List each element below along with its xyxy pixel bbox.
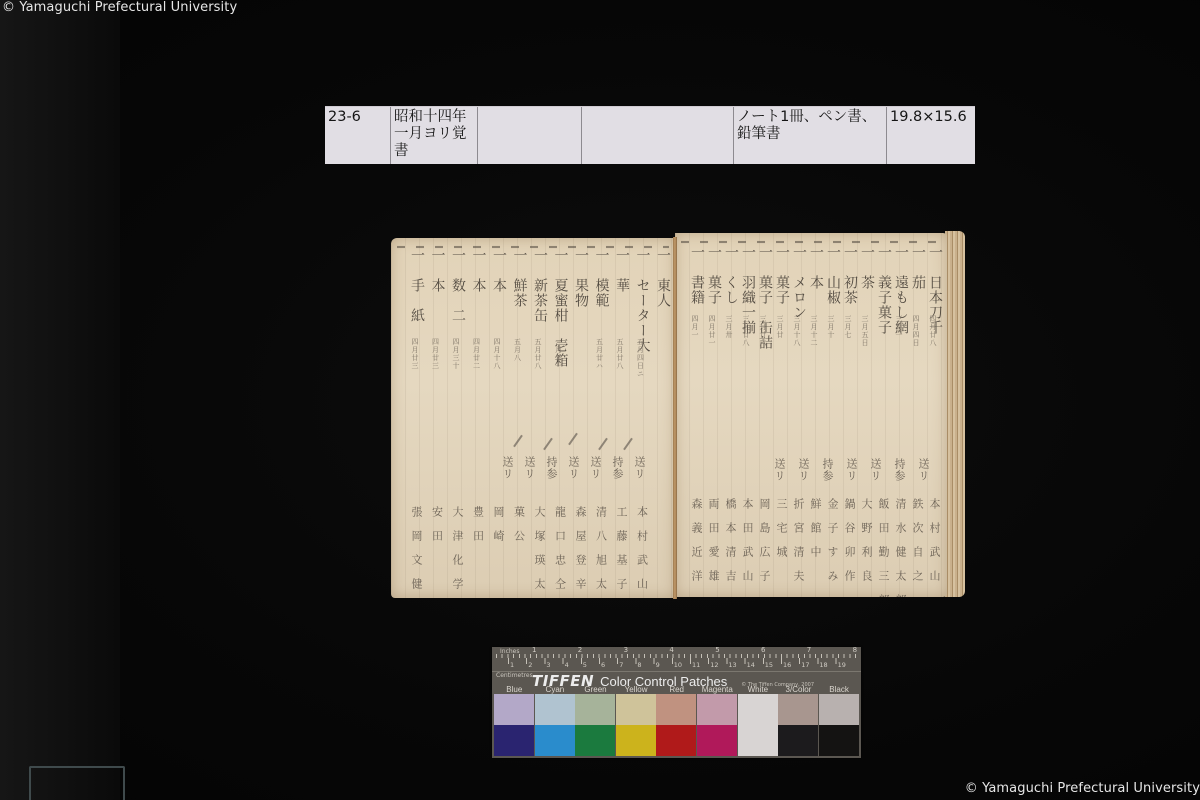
entry-recipient: 龍 口 忠 仝 [552,506,568,590]
ruler-cm-number: 10 [674,661,682,669]
tiffen-color-chart: Inches 12345678 123456789101112131415161… [492,647,861,758]
patch-3-color-light [778,694,818,725]
check-mark [513,435,523,448]
open-notebook: 一 東人一 セーター大五月四日ニ本 村 武 山一 華五月廿八工 藤 基 子一 模… [389,229,967,602]
entry-item-heading: 一 数 二 [448,248,468,323]
patch-red-light [656,694,696,725]
entry-item-heading: 一 東人 [653,248,673,308]
entry-date: 三月十二 [809,315,819,347]
entry-recipient: 豊 田 [470,506,486,542]
patch-label-white: White [738,685,779,694]
ruler-cm-number: 16 [783,661,791,669]
ruler-inch-number: 7 [807,646,811,654]
entry-item-heading: 一 書籍 [687,245,707,305]
entry-status-mark: 持参 [891,458,907,482]
entry-recipient: 森 屋 登 辛 治 [572,506,588,598]
entry-date: 四月廿二 [472,338,482,370]
entry-status-mark: 持参 [609,456,625,480]
check-mark [598,438,608,451]
patch-3-color-dark [778,725,818,756]
entry-date: 五月四日ニ [636,338,646,378]
entry-item-heading: 一 新茶缶 [530,248,550,323]
patch-label-green: Green [575,685,616,694]
entry-date: 三月廿 [775,315,785,339]
ruler-cm-number: 1 [510,661,514,669]
entry-recipient: 菓 公 [511,506,527,542]
patch-label-red: Red [656,685,697,694]
entry-recipient: 本 村 武 山 [926,498,942,582]
entry-item-heading: 一 茶 [857,245,877,290]
catalog-size: 19.8×15.6 [887,107,975,164]
entry-item-heading: 一 菓子 [772,245,792,305]
patch-blue-dark [494,725,534,756]
entry-status-mark: 送リ [867,458,883,482]
entry-status-mark: 送リ [521,456,537,480]
entry-item-heading: 一 茄 [908,245,928,290]
entry-status-mark: 送リ [915,458,931,482]
entry-recipient: 金 子 す み [824,498,840,582]
entry-date: 三月廿八 [741,315,751,347]
entry-date: 三月五日 [860,315,870,347]
ruler-inch-number: 4 [669,646,673,654]
entry-recipient: 橋 本 清 吉 [722,498,738,582]
ruler-cm-number: 7 [619,661,623,669]
notebook-left-page: 一 東人一 セーター大五月四日ニ本 村 武 山一 華五月廿八工 藤 基 子一 模… [391,238,675,598]
patch-green-dark [575,725,615,756]
patch-label-magenta: Magenta [697,685,738,694]
entry-date: 五月廿ハ [595,338,605,370]
entry-date: 四月廿三 [410,338,420,370]
entry-date: 三月七 [843,315,853,339]
entry-date: 四月四日 [911,315,921,347]
patch-label-3-color: 3/Color [778,685,819,694]
ruler-inch-number: 6 [761,646,765,654]
ruler-cm-number: 17 [801,661,809,669]
entry-item-heading: 一 山椒 [823,245,843,305]
entry-date: 三月十 [826,315,836,339]
patch-red-dark [656,725,696,756]
patch-cyan-dark [535,725,575,756]
entry-date: 五月八 [513,338,523,362]
patch-yellow-dark [616,725,656,756]
entry-item-heading: 一 義子菓子 [874,245,894,335]
ruler-inch-number: 5 [715,646,719,654]
entry-status-mark: 持参 [543,456,559,480]
ruler-cm-number: 3 [546,661,550,669]
entry-date: 四月廿一 [707,315,717,347]
entry-item-heading: 一 本 [469,248,489,293]
copyright-watermark-top: © Yamaguchi Prefectural University [2,0,237,15]
patch-black-dark [819,725,859,756]
catalog-empty-cell-2 [582,107,734,164]
entry-status-mark: 送リ [587,456,603,480]
copyright-watermark-bottom: © Yamaguchi Prefectural University [965,781,1200,796]
entry-date: 三月廿六 [758,315,768,347]
patch-grid [494,694,860,756]
entry-date: 三月一 [894,315,904,339]
entry-date: 四月一 [690,315,700,339]
entry-date: 五月廿八 [615,338,625,370]
check-mark [623,438,633,451]
patch-yellow-light [616,694,656,725]
entry-recipient: 大 塚 瑛 太 郎 [531,506,547,598]
notebook-right-page: 一 日本刀千四月廿八本 村 武 山一 茄四月四日鉄 次 自 之一 遠もし網三月一… [675,233,947,597]
entry-recipient: 本 田 武 山 [739,498,755,582]
ruler-cm-number: 9 [656,661,660,669]
entry-item-heading: 一 模範 [592,248,612,308]
entry-item-heading: 一 菓子 [704,245,724,305]
entry-recipient: 鉄 次 自 之 [909,498,925,582]
catalog-title: 昭和十四年一月ヨリ覚書 [391,107,478,164]
entry-item-heading: 一 本 [489,248,509,293]
ruler-cm-number: 11 [692,661,700,669]
entry-recipient: 張 岡 文 健 [408,506,424,590]
patch-label-blue: Blue [494,685,535,694]
entry-recipient: 安 田 [429,506,445,542]
entry-recipient: 本 村 武 山 [634,506,650,590]
catalog-empty-cell-1 [478,107,582,164]
patch-label-yellow: Yellow [616,685,657,694]
entry-date: 三月卅 [724,315,734,339]
entry-date: 四月廿三 [431,338,441,370]
catalog-id: 23-6 [325,107,391,164]
entry-recipient: 飯 田 勤 三 郎 [875,498,891,597]
ruler-cm-number: 12 [710,661,718,669]
entry-date: 一月廿一 [554,338,564,370]
entry-date: 五月廿八 [533,338,543,370]
entry-date: 四月十八 [492,338,502,370]
patch-label-cyan: Cyan [535,685,576,694]
backdrop-left-panel [0,0,120,800]
patch-labels: BlueCyanGreenYellowRedMagentaWhite3/Colo… [494,685,860,694]
check-mark [543,438,553,451]
ruler-inch-number: 8 [853,646,857,654]
patch-black-light [819,694,859,725]
entry-date: 四月三十 [451,338,461,370]
ruler-cm-number: 13 [728,661,736,669]
patch-blue-light [494,694,534,725]
entry-item-heading: 一 メロン [789,245,809,320]
ruler-cm-number: 6 [601,661,605,669]
patch-cyan-light [535,694,575,725]
ruler-cm-number: 14 [747,661,755,669]
entry-recipient: 折 宮 清 夫 [790,498,806,582]
ruler-inch-number: 2 [578,646,582,654]
entry-status-mark: 送リ [631,456,647,480]
entry-status-mark: 送リ [795,458,811,482]
entry-recipient: 両 田 愛 雄 [705,498,721,582]
entry-item-heading: 一 本 [428,248,448,293]
entry-item-heading: 一 果物 [571,248,591,308]
entry-status-mark: 送リ [843,458,859,482]
entry-recipient: 三 宅 城 [773,498,789,558]
entry-recipient: 大 津 化 学 研 究 所 [449,506,465,598]
catalog-label: 23-6 昭和十四年一月ヨリ覚書 ノート1冊、ペン書、鉛筆書 19.8×15.6 [325,106,975,164]
entry-recipient: 鍋 谷 卯 作 [841,498,857,582]
notebook-spine [673,237,677,599]
notebook-page-edges [945,231,965,597]
entry-recipient: 清 八 旭 太 郎 [593,506,609,598]
entry-recipient: 岡 島 広 子 [756,498,772,582]
glass-frame-edge [29,766,125,800]
entry-date: 三月十八 [792,315,802,347]
entry-recipient: 工 藤 基 子 [613,506,629,590]
entry-item-heading: 一 くし [721,245,741,305]
entry-item-heading: 一 華 [612,248,632,293]
patch-white [738,694,778,756]
entry-item-heading: 一 鮮茶 [510,248,530,308]
entry-recipient: 森 義 近 洋 [688,498,704,582]
ruler-cm-number: 4 [565,661,569,669]
entry-recipient: 清 水 健 太 郎 [892,498,908,597]
entry-item-heading: 一 手 紙 [407,248,427,323]
ruler: Inches 12345678 123456789101112131415161… [492,647,861,672]
entry-date: 四月廿八 [928,315,938,347]
entry-status-mark: 送リ [499,456,515,480]
entry-status-mark: 持参 [819,458,835,482]
ruler-cm-number: 15 [765,661,773,669]
entry-recipient: 岡 崎 [490,506,506,542]
ruler-cm-number: 8 [637,661,641,669]
ruler-cm-number: 18 [819,661,827,669]
patch-label-black: Black [819,685,860,694]
catalog-description: ノート1冊、ペン書、鉛筆書 [734,107,887,164]
entry-status-mark: 送リ [771,458,787,482]
patch-green-light [575,694,615,725]
patch-magenta-light [697,694,737,725]
check-mark [568,433,578,446]
ruler-cm-label: Centimetres [496,672,533,679]
entry-item-heading: 一 本 [806,245,826,290]
entry-recipient: 鮮 館 中 [807,498,823,558]
entry-dash-row [681,241,941,243]
ruler-inch-number: 3 [624,646,628,654]
patch-magenta-dark [697,725,737,756]
entry-item-heading: 一 初茶 [840,245,860,305]
ruler-inch-number: 1 [532,646,536,654]
ruler-cm-number: 5 [583,661,587,669]
entry-recipient: 大 野 利 良 [858,498,874,582]
ruler-cm-number: 2 [528,661,532,669]
ruler-cm-number: 19 [838,661,846,669]
entry-status-mark: 送リ [565,456,581,480]
